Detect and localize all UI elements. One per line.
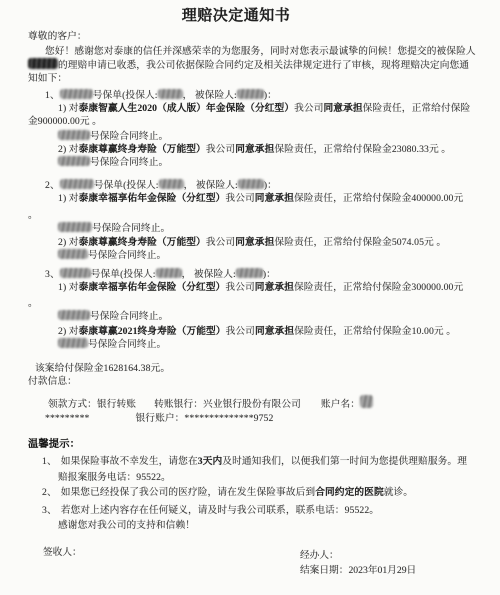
text-segment: 。	[28, 298, 38, 309]
redacted-text	[58, 310, 90, 320]
close-date-value: 2023年01月29日	[348, 565, 416, 576]
text-segment: 我公司	[206, 237, 235, 248]
text-segment: 泰康幸福享佑年金保险（分红型）	[79, 193, 226, 204]
text-segment: 金900000.00元 。	[28, 116, 102, 127]
text-segment: 合同约定的医院	[315, 487, 384, 498]
spacer	[301, 406, 321, 407]
text-segment: ， 被保险人:	[182, 269, 236, 280]
text-segment: 3、	[42, 505, 57, 516]
text-segment: 号保险合同终止。	[90, 131, 168, 142]
policy-2-item-1-line-2: 。	[28, 209, 482, 222]
text-segment: 我公司	[225, 282, 254, 293]
text-segment: 就诊。	[384, 487, 413, 498]
redacted-text	[156, 268, 182, 278]
signee-label: 签收人：	[43, 547, 82, 558]
text-segment: 3、	[45, 269, 60, 280]
claim-decision-notice-document: 理赔决定通知书 尊敬的客户：您好！感谢您对泰康的信任并深感荣幸的为您服务，同时对…	[0, 0, 500, 595]
text-segment: 1) 对	[58, 282, 79, 293]
text-segment: 。	[28, 210, 38, 221]
text-segment: 付款信息：	[28, 376, 77, 387]
redacted-text	[58, 222, 92, 232]
text-segment: 号保险合同终止。	[88, 339, 166, 350]
text-segment: 号保险合同终止。	[92, 223, 170, 234]
policy-2-item-1-termination: 号保险合同终止。	[28, 222, 482, 235]
text-segment: 1) 对	[58, 193, 79, 204]
text-segment: 泰康幸福享佑年金保险（分红型）	[79, 282, 226, 293]
policy-3-item-1-line-2: 。	[28, 297, 482, 310]
payment-info-heading: 付款信息：	[28, 375, 482, 388]
text-segment: )：	[264, 180, 277, 191]
text-segment: 2、	[45, 180, 60, 191]
policy-2-item-2-termination: 号保险合同终止。	[28, 249, 482, 262]
policy-1-item-2: 2) 对泰康尊赢终身寿险（万能型）我公司同意承担保险责任，正常给付保险金2308…	[28, 143, 482, 156]
salutation: 尊敬的客户：	[28, 30, 482, 43]
text-segment: 的理赔申请已收悉，我公司依据保险合同约定及相关法律规定进行了审核，现将理赔决定向…	[58, 60, 469, 71]
text-segment: *********	[45, 413, 90, 424]
text-segment: 我公司	[225, 193, 254, 204]
intro-line-1: 您好！感谢您对泰康的信任并深感荣幸的为您服务，同时对您表示最诚挚的问候！您提交的…	[28, 45, 482, 58]
text-segment: 1) 对	[58, 103, 79, 114]
text-segment: 保险责任，正常给付保险金5074.05元 。	[274, 237, 446, 248]
text-segment: 同意承担	[255, 326, 294, 337]
text-segment: 该案给付保险金1628164.38元。	[35, 363, 170, 374]
text-segment: 2) 对	[58, 237, 79, 248]
handler-label: 经办人：	[300, 547, 416, 561]
text-segment: 号保单(投保人:	[94, 180, 159, 191]
text-segment: 号保单(投保人:	[93, 90, 158, 101]
text-segment: ， 被保险人:	[183, 90, 237, 101]
tip-2: 2、如果您已经投保了我公司的医疗险，请在发生保险事故后到合同约定的医院就诊。	[28, 485, 482, 501]
text-segment: 领款方式：银行转账	[48, 399, 136, 410]
text-segment: 号保单(投保人:	[91, 269, 156, 280]
tip-1-line-1: 1、如果保险事故不幸发生，请您在3天内及时通知我们，以便我们第一时间为您提供理赔…	[28, 454, 482, 470]
text-segment: 同意承担	[255, 193, 294, 204]
text-segment: 2) 对	[58, 144, 79, 155]
text-segment: 泰康尊赢终身寿险（万能型）	[79, 144, 206, 155]
text-segment: 泰康尊赢2021终身寿险（万能型）	[79, 326, 226, 337]
text-segment: 2、	[42, 487, 57, 498]
redacted-text	[58, 249, 88, 259]
spacer	[136, 406, 154, 407]
text-segment: 温馨提示：	[28, 439, 80, 450]
text-segment: 账户名：	[321, 399, 360, 410]
policy-1-item-1-line-2: 金900000.00元 。	[28, 115, 482, 128]
text-segment: ， 被保险人:	[184, 180, 238, 191]
policy-1-item-1-termination: 号保险合同终止。	[28, 130, 482, 143]
text-segment: 同意承担	[255, 282, 294, 293]
text-segment: 号保险合同终止。	[88, 250, 166, 261]
text-segment: 保险责任，正常给付保险金10.00元 。	[294, 326, 456, 337]
text-segment: 尊敬的客户：	[28, 31, 87, 42]
text-segment: 若您对上述内容存在任何疑义，请及时与我公司联系，联系电话：95522。	[61, 505, 379, 516]
policy-3-item-2: 2) 对泰康尊赢2021终身寿险（万能型）我公司同意承担保险责任，正常给付保险金…	[28, 325, 482, 338]
policy-1-item-1-line-1: 1) 对泰康智赢人生2020（成人版）年金保险（分红型）我公司同意承担保险责任，…	[28, 102, 482, 115]
text-segment: 同意承担	[324, 103, 363, 114]
text-segment: 保险责任，正常给付保险	[363, 103, 471, 114]
text-segment: 同意承担	[235, 237, 274, 248]
bank-account-line: *********银行账户：**************9752	[28, 412, 482, 425]
document-footer: 签收人： 经办人： 结案日期：2023年01月29日	[28, 544, 482, 558]
payment-method-line: 领款方式：银行转账转账银行：兴业银行股份有限公司账户名：	[28, 395, 482, 411]
redacted-text	[28, 58, 58, 69]
text-segment: 保险责任，正常给付保险金400000.00元	[294, 193, 463, 204]
text-segment: 保险责任，正常给付保险金300000.00元	[294, 282, 463, 293]
redacted-text	[236, 268, 263, 278]
redacted-text	[58, 338, 88, 348]
text-segment: 保险责任，正常给付保险金23080.33元 。	[274, 144, 451, 155]
text-segment: 3天内	[198, 456, 223, 467]
tips-heading: 温馨提示：	[28, 438, 482, 452]
intro-line-2: 的理赔申请已收悉，我公司依据保险合同约定及相关法律规定进行了审核，现将理赔决定向…	[28, 58, 482, 72]
policy-3-item-1-termination: 号保险合同终止。	[28, 310, 482, 323]
tip-1-line-2: 赔报案服务电话：95522。	[28, 470, 482, 486]
text-segment: 1、	[45, 90, 60, 101]
policy-3-item-2-termination: 号保险合同终止。	[28, 338, 482, 351]
close-date-line: 结案日期：2023年01月29日	[300, 564, 416, 577]
text-segment: 银行账户：**************9752	[136, 413, 274, 424]
redacted-text	[60, 179, 94, 189]
policy-2-item-1-line-1: 1) 对泰康幸福享佑年金保险（分红型）我公司同意承担保险责任，正常给付保险金40…	[28, 192, 482, 205]
text-segment: 感谢您对我公司的支持和信赖！	[58, 520, 195, 531]
text-segment: 如果保险事故不幸发生，请您在	[61, 456, 198, 467]
text-segment: 我公司	[226, 326, 255, 337]
text-segment: 转账银行：兴业银行股份有限公司	[154, 399, 301, 410]
close-date-label: 结案日期：	[300, 565, 348, 576]
text-segment: 赔报案服务电话：95522。	[58, 472, 171, 483]
text-segment: 您好！感谢您对泰康的信任并深感荣幸的为您服务，同时对您表示最诚挚的问候！您提交的…	[45, 46, 476, 57]
redacted-text	[360, 395, 373, 408]
text-segment: 号保险合同终止。	[90, 157, 168, 168]
text-segment: 泰康智赢人生2020（成人版）年金保险（分红型）	[79, 103, 295, 114]
text-segment: 号保险合同终止。	[90, 311, 168, 322]
document-title: 理赔决定通知书	[0, 0, 500, 27]
text-segment: 泰康尊赢终身寿险（万能型）	[79, 237, 206, 248]
text-segment: 如果您已经投保了我公司的医疗险，请在发生保险事故后到	[61, 487, 315, 498]
text-segment: )：	[264, 90, 277, 101]
text-segment: 及时通知我们，以便我们第一时间为您提供理赔服务。理	[222, 456, 467, 467]
redacted-text	[60, 89, 93, 99]
redacted-text	[237, 89, 264, 99]
policy-1-header: 1、号保单(投保人:， 被保险人:)：	[28, 89, 482, 102]
intro-line-3: 知如下：	[28, 72, 482, 85]
tip-3: 3、若您对上述内容存在任何疑义，请及时与我公司联系，联系电话：95522。	[28, 503, 482, 519]
redacted-text	[158, 89, 183, 99]
policy-3-header: 3、号保单(投保人:， 被保险人:)：	[28, 268, 482, 281]
text-segment: 我公司	[206, 144, 235, 155]
policy-3-item-1-line-1: 1) 对泰康幸福享佑年金保险（分红型）我公司同意承担保险责任，正常给付保险金30…	[28, 281, 482, 294]
document-body: 尊敬的客户：您好！感谢您对泰康的信任并深感荣幸的为您服务，同时对您表示最诚挚的问…	[0, 27, 500, 534]
policy-2-header: 2、号保单(投保人:， 被保险人:)：	[28, 179, 482, 192]
text-segment: 同意承担	[235, 144, 274, 155]
redacted-text	[159, 179, 184, 189]
redacted-text	[60, 268, 91, 278]
text-segment: 2) 对	[58, 326, 79, 337]
text-segment: )：	[263, 269, 276, 280]
text-segment: 知如下：	[28, 73, 67, 84]
redacted-text	[58, 130, 90, 140]
policy-2-item-2: 2) 对泰康尊赢终身寿险（万能型）我公司同意承担保险责任，正常给付保险金5074…	[28, 236, 482, 249]
text-segment: 1、	[42, 456, 57, 467]
policy-1-item-2-termination: 号保险合同终止。	[28, 156, 482, 169]
thanks-line: 感谢您对我公司的支持和信赖！	[28, 518, 482, 534]
redacted-text	[58, 156, 90, 166]
redacted-text	[238, 179, 264, 189]
total-payout-line: 该案给付保险金1628164.38元。	[28, 362, 482, 375]
handler-block: 经办人： 结案日期：2023年01月29日	[300, 547, 416, 577]
spacer	[90, 420, 136, 421]
text-segment: 我公司	[294, 103, 323, 114]
